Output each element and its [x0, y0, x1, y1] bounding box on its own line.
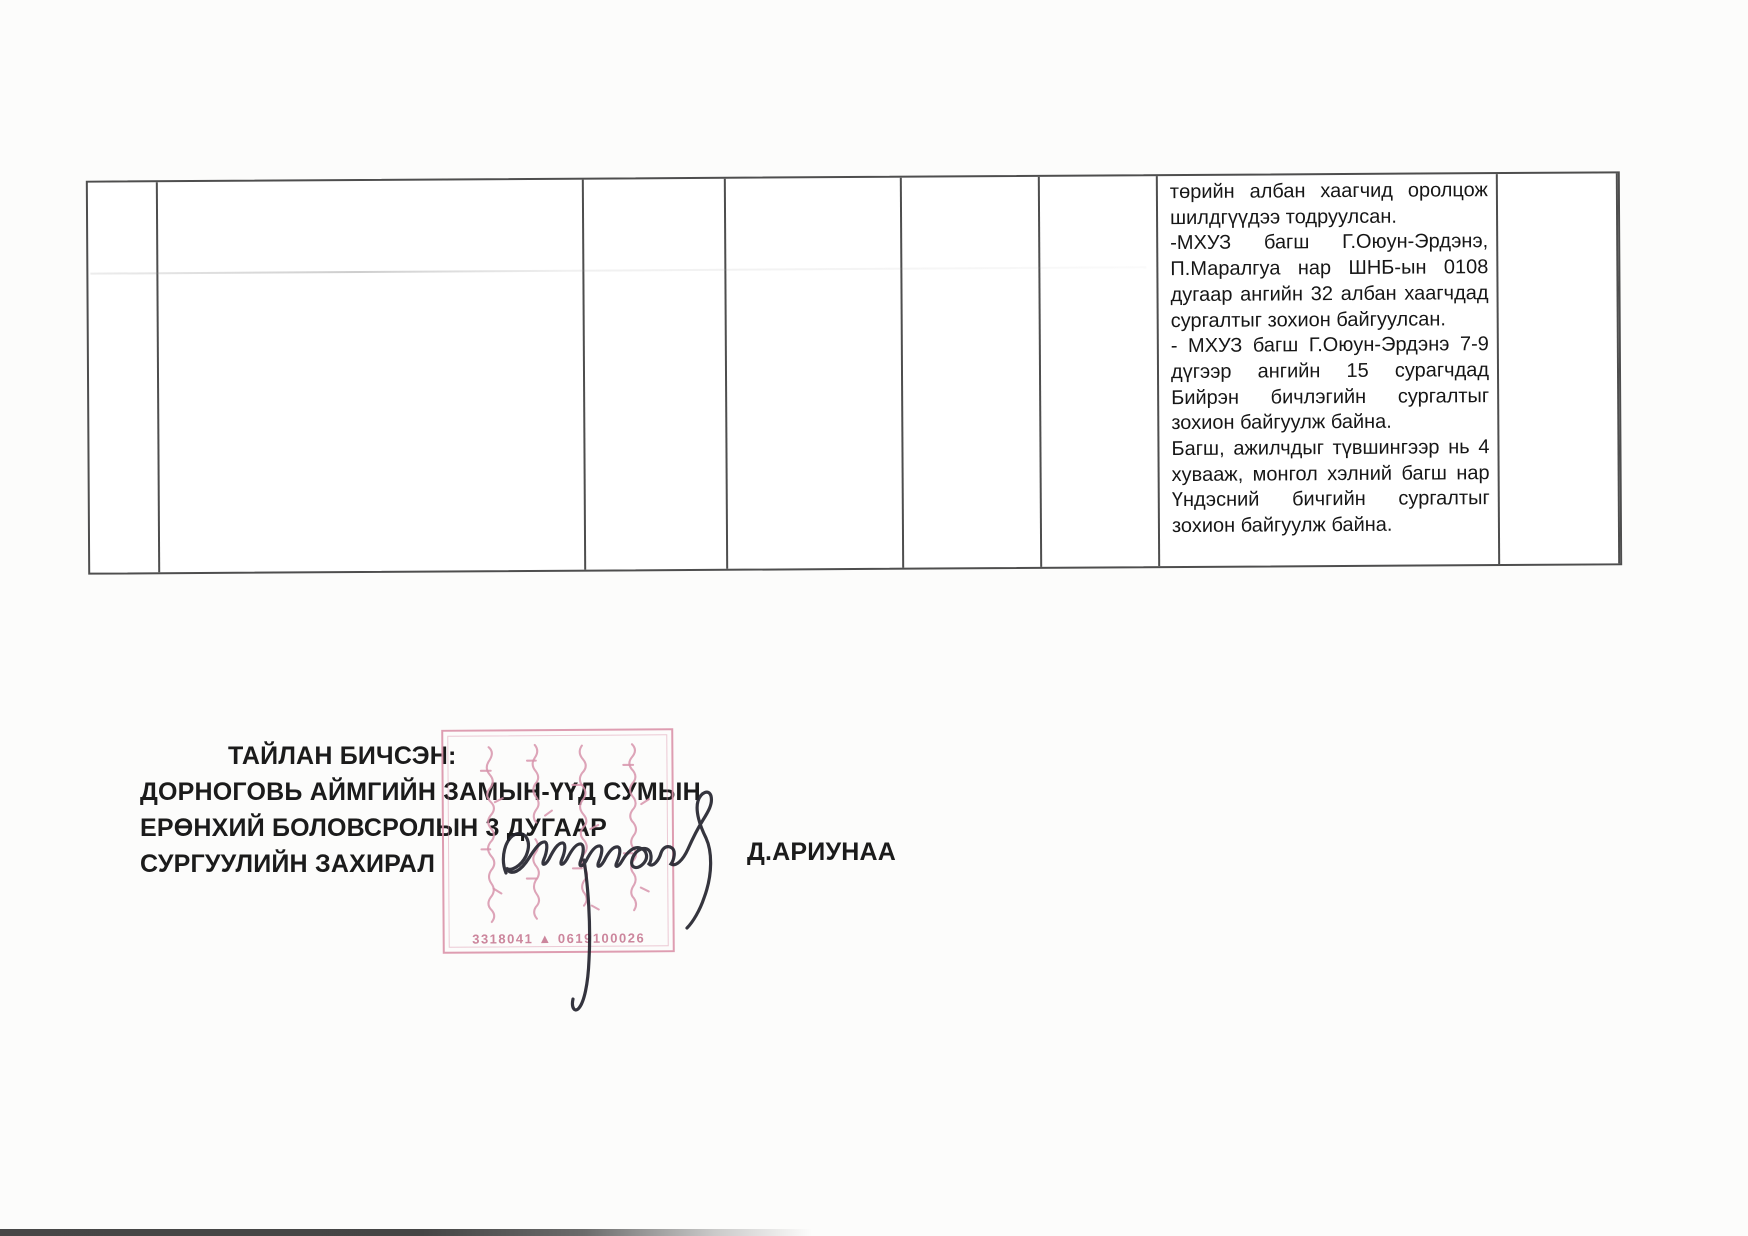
report-author-title: ТАЙЛАН БИЧСЭН: [228, 742, 457, 771]
scanned-report-page: төрийн албан хаагчид оролцож шилдгүүдээ … [0, 0, 1748, 1236]
bottom-scan-edge [0, 1229, 812, 1236]
director-title-line: СУРГУУЛИЙН ЗАХИРАЛ [140, 850, 435, 879]
report-table: төрийн албан хаагчид оролцож шилдгүүдээ … [86, 171, 1622, 574]
stamp-serial: 3318041 ▲ 0619100026 [445, 930, 673, 947]
mongolian-script-icon [443, 730, 673, 952]
table-cell-4 [726, 178, 904, 569]
table-cell-1 [88, 182, 160, 572]
report-text-paragraph: Багш, ажилчдыг түвшингээр нь 4 хувааж, м… [1171, 435, 1490, 540]
activity-text-cell: төрийн албан хаагчид оролцож шилдгүүдээ … [1158, 174, 1500, 566]
table-cell-8 [1498, 173, 1620, 564]
table-cell-2 [158, 180, 586, 573]
report-text-paragraph: -МХУЗ багш Г.Оюун-Эрдэнэ, П.Маралгуа нар… [1170, 230, 1489, 335]
report-text-paragraph: - МХУЗ багш Г.Оюун-Эрдэнэ 7-9 дүгээр анг… [1171, 332, 1490, 437]
table-cell-3 [584, 179, 728, 570]
director-name: Д.АРИУНАА [747, 838, 896, 867]
official-stamp: 3318041 ▲ 0619100026 [441, 728, 675, 954]
report-text-paragraph: төрийн албан хаагчид оролцож шилдгүүдээ … [1170, 178, 1488, 231]
table-cell-6 [1040, 176, 1160, 567]
table-cell-5 [902, 177, 1042, 568]
